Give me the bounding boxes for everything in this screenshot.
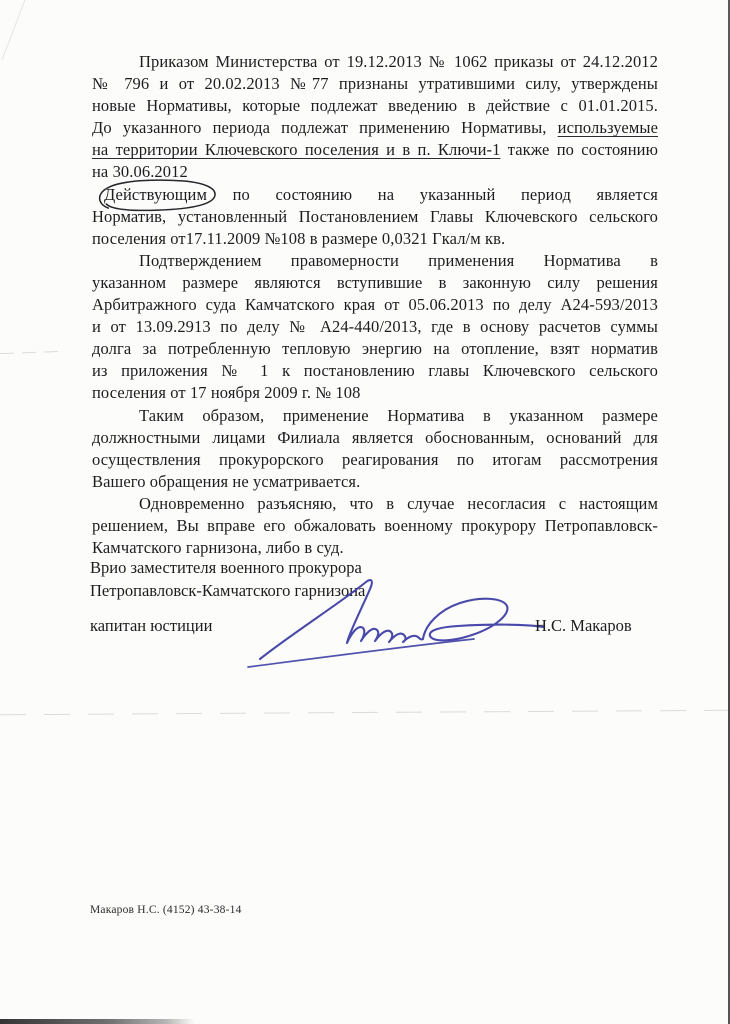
body-line: Арбитражного суда Камчатского края от 05… [92,294,658,316]
body-line: должностными лицами Филиала является обо… [92,427,658,449]
scan-artifact-strip-bottom [0,1019,195,1024]
circled-word: Действующим [104,185,207,204]
body-line-text: также по состоянию [508,140,658,159]
paper-fold-crease-upper [0,351,62,354]
body-line: Вашего обращения не усматривается. [92,471,658,493]
body-line: поселения от 17 ноября 2009 г. № 108 [92,382,658,404]
paper-fold-crease-lower [0,710,730,715]
body-line: Приказом Министерства от 19.12.2013 № 10… [92,51,658,73]
body-line: решением, Вы вправе его обжаловать военн… [92,515,658,537]
body-line: осуществления прокурорского реагирования… [92,449,658,471]
underlined-phrase: на территории Ключевского поселения и в … [92,140,500,159]
body-line: Таким образом, применение Норматива в ук… [92,405,658,427]
body-line: на территории Ключевского поселения и в … [92,139,658,161]
body-line: Подтверждением правомерности применения … [92,250,658,272]
paper-crease-top-left [2,0,26,60]
body-line: Действующим по состоянию на указанный пе… [92,184,658,206]
body-line: До указанного периода подлежат применени… [92,117,658,139]
underlined-phrase: используемые [558,118,658,137]
body-line: долга за потребленную тепловую энергию н… [92,338,658,360]
circled-word-wrap: Действующим [104,184,207,206]
body-line-text: До указанного периода подлежат применени… [92,118,547,137]
body-line: новые Нормативы, которые подлежат введен… [92,95,658,117]
body-line: из приложения № 1 к постановлению главы … [92,360,658,382]
body-line: поселения от17.11.2009 №108 в размере 0,… [92,228,658,250]
body-line: и от 13.09.2913 по делу № А24-440/2013, … [92,316,658,338]
body-line: Одновременно разъясняю, что в случае нес… [92,493,658,515]
handwritten-signature [240,573,550,673]
footer-contact: Макаров Н.С. (4152) 43-38-14 [90,904,242,916]
body-line: Норматив, установленный Постановлением Г… [92,206,658,228]
signer-rank: капитан юстиции [90,616,212,636]
body-line: № 796 и от 20.02.2013 №77 признаны утрат… [92,73,658,95]
scanned-letter-page: Приказом Министерства от 19.12.2013 № 10… [0,0,730,1024]
signer-name: Н.С. Макаров [535,616,632,636]
document-body: Приказом Министерства от 19.12.2013 № 10… [92,51,658,559]
body-line: на 30.06.2012 [92,161,658,183]
body-line-text: по состоянию на указанный период являетс… [233,185,658,204]
body-line: указанном размере являются вступившие в … [92,272,658,294]
